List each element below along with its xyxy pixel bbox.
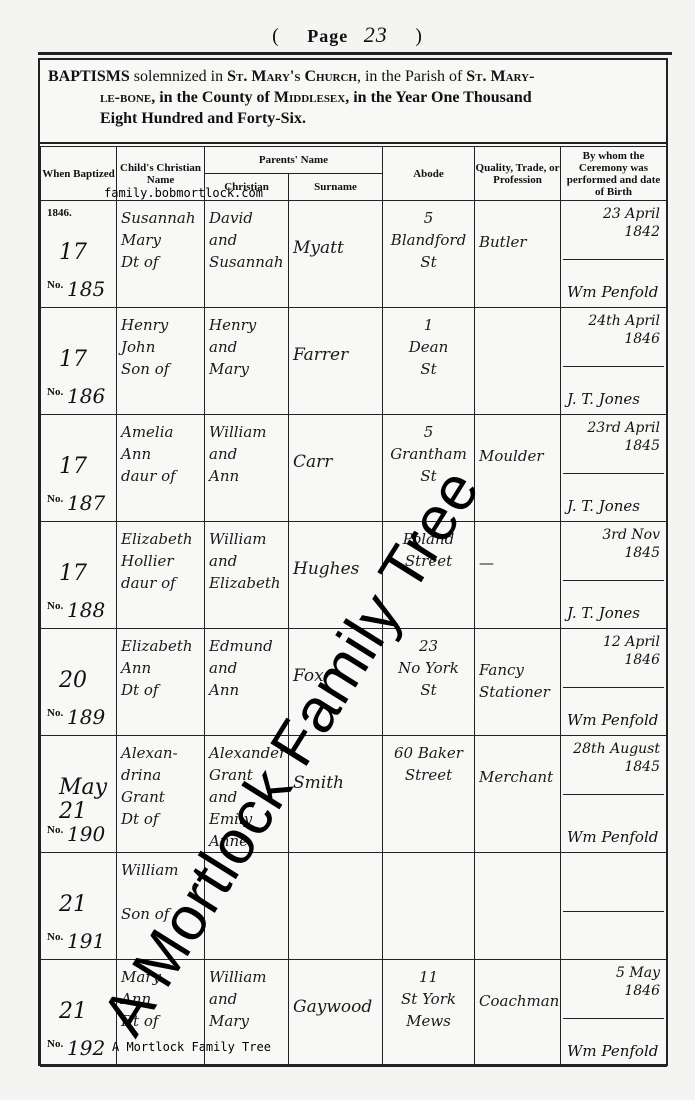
ceremony-birth-cell: 5 May 1846Wm Penfold xyxy=(561,960,667,1067)
date-of-birth: 23rd April 1845 xyxy=(567,419,660,455)
when-baptized-cell: 17No.188 xyxy=(41,522,117,629)
register-entry: 17No.186Henry John Son ofHenry and MaryF… xyxy=(41,308,667,415)
year-label: 1846. xyxy=(47,207,72,219)
entry-number: 189 xyxy=(67,705,105,729)
register-entry: 21No.191William Son of xyxy=(41,853,667,960)
minister-signature: Wm Penfold xyxy=(567,711,658,729)
entry-no-label: No. xyxy=(47,1038,63,1050)
register-title: BAPTISMS solemnized in St. Mary's Church… xyxy=(40,60,666,144)
baptism-date: 17 xyxy=(59,562,87,586)
cell-divider xyxy=(563,580,664,581)
date-of-birth: 24th April 1846 xyxy=(567,312,660,348)
abode: Poland Street xyxy=(383,522,474,572)
entry-number: 186 xyxy=(67,384,105,408)
quality-trade: Coachman xyxy=(475,960,560,1012)
when-baptized-cell: 20No.189 xyxy=(41,629,117,736)
parent-surname: Hughes xyxy=(289,522,382,580)
minister-signature: Wm Penfold xyxy=(567,1042,658,1060)
entry-no-label: No. xyxy=(47,824,63,836)
minister-signature: J. T. Jones xyxy=(567,497,640,515)
header-abode: Abode xyxy=(383,147,475,201)
page-heading: ( Page 23 ) xyxy=(0,22,695,48)
minister-signature: Wm Penfold xyxy=(567,283,658,301)
cell-divider xyxy=(563,473,664,474)
when-baptized-cell: 17No.186 xyxy=(41,308,117,415)
when-baptized-cell: 17No.187 xyxy=(41,415,117,522)
quality-trade: Merchant xyxy=(475,736,560,788)
quality-trade xyxy=(475,308,560,338)
parent-christian-names xyxy=(205,853,288,859)
child-name: Elizabeth Hollier daur of xyxy=(117,522,204,594)
minister-signature: J. T. Jones xyxy=(567,390,640,408)
date-of-birth: 5 May 1846 xyxy=(567,964,660,1000)
entry-no-label: No. xyxy=(47,493,63,505)
parent-surname: Carr xyxy=(289,415,382,473)
baptism-date: 17 xyxy=(59,348,87,372)
quality-trade: — xyxy=(475,522,560,574)
entry-number: 190 xyxy=(67,822,105,846)
date-of-birth: 23 April 1842 xyxy=(567,205,660,241)
header-by-whom: By whom the Ceremony was performed and d… xyxy=(561,147,667,201)
entry-no-label: No. xyxy=(47,279,63,291)
cell-divider xyxy=(563,794,664,795)
child-name: Mary Ann Dt of xyxy=(117,960,204,1032)
baptism-date: 20 xyxy=(59,669,87,693)
abode: 60 Baker Street xyxy=(383,736,474,786)
child-name: Henry John Son of xyxy=(117,308,204,380)
child-name: Susannah Mary Dt of xyxy=(117,201,204,273)
ceremony-birth-cell: 3rd Nov 1845J. T. Jones xyxy=(561,522,667,629)
top-rule xyxy=(38,52,672,55)
baptism-date: 17 xyxy=(59,455,87,479)
parent-surname: Fox xyxy=(289,629,382,687)
entry-number: 185 xyxy=(67,277,105,301)
baptism-date: 21 xyxy=(59,893,87,917)
url-watermark: family.bobmortlock.com xyxy=(104,186,263,200)
when-baptized-cell: May 21No.190 xyxy=(41,736,117,853)
register-entry: 17No.187Amelia Ann daur ofWilliam and An… xyxy=(41,415,667,522)
ceremony-birth-cell: 23rd April 1845J. T. Jones xyxy=(561,415,667,522)
cell-divider xyxy=(563,1018,664,1019)
register-entry: May 21No.190Alexan- drina Grant Dt ofAle… xyxy=(41,736,667,853)
parent-surname: Smith xyxy=(289,736,382,794)
ceremony-birth-cell: 24th April 1846J. T. Jones xyxy=(561,308,667,415)
abode: 1 Dean St xyxy=(383,308,474,380)
when-baptized-cell: 21No.192 xyxy=(41,960,117,1067)
abode: 11 St York Mews xyxy=(383,960,474,1032)
header-quality: Quality, Trade, or Profession xyxy=(475,147,561,201)
minister-signature: J. T. Jones xyxy=(567,604,640,622)
cell-divider xyxy=(563,687,664,688)
entry-no-label: No. xyxy=(47,386,63,398)
cell-divider xyxy=(563,911,664,912)
abode: 23 No York St xyxy=(383,629,474,701)
entry-number: 187 xyxy=(67,491,105,515)
footer-watermark: A Mortlock Family Tree xyxy=(112,1040,271,1054)
entry-number: 191 xyxy=(67,929,105,953)
parent-christian-names: William and Ann xyxy=(205,415,288,487)
parent-christian-names: David and Susannah xyxy=(205,201,288,273)
abode xyxy=(383,853,474,859)
abode: 5 Blandford St xyxy=(383,201,474,273)
parent-surname xyxy=(289,853,382,889)
header-parent-surname: Surname xyxy=(289,174,383,201)
register-entry: 20No.189Elizabeth Ann Dt ofEdmund and An… xyxy=(41,629,667,736)
baptism-date: 21 xyxy=(59,1000,87,1024)
child-name: Elizabeth Ann Dt of xyxy=(117,629,204,701)
header-parents-name: Parents' Name xyxy=(205,147,383,174)
child-name: Alexan- drina Grant Dt of xyxy=(117,736,204,830)
page-number: 23 xyxy=(364,22,388,47)
register-table: When Baptized Child's Christian Name Par… xyxy=(40,146,667,1067)
date-of-birth: 12 April 1846 xyxy=(567,633,660,669)
register-entry: 1846.17No.185Susannah Mary Dt ofDavid an… xyxy=(41,201,667,308)
child-name: William Son of xyxy=(117,853,204,925)
ceremony-birth-cell: 23 April 1842Wm Penfold xyxy=(561,201,667,308)
ceremony-birth-cell: 28th August 1845Wm Penfold xyxy=(561,736,667,853)
date-of-birth: 28th August 1845 xyxy=(567,740,660,776)
parent-christian-names: William and Mary xyxy=(205,960,288,1032)
parent-surname: Gaywood xyxy=(289,960,382,1018)
ceremony-birth-cell: 12 April 1846Wm Penfold xyxy=(561,629,667,736)
entry-number: 188 xyxy=(67,598,105,622)
parent-christian-names: Henry and Mary xyxy=(205,308,288,380)
minister-signature: Wm Penfold xyxy=(567,828,658,846)
cell-divider xyxy=(563,366,664,367)
date-of-birth: 3rd Nov 1845 xyxy=(567,526,660,562)
parent-surname: Farrer xyxy=(289,308,382,366)
baptism-date: May 21 xyxy=(59,776,107,824)
child-name: Amelia Ann daur of xyxy=(117,415,204,487)
baptism-register: BAPTISMS solemnized in St. Mary's Church… xyxy=(38,58,668,1066)
baptism-date: 17 xyxy=(59,241,87,265)
page-label: Page xyxy=(307,26,348,46)
parent-christian-names: William and Elizabeth xyxy=(205,522,288,594)
ceremony-birth-cell xyxy=(561,853,667,960)
entry-no-label: No. xyxy=(47,931,63,943)
quality-trade: Fancy Stationer xyxy=(475,629,560,703)
parent-surname: Myatt xyxy=(289,201,382,259)
entry-number: 192 xyxy=(67,1036,105,1060)
quality-trade: Moulder xyxy=(475,415,560,467)
entry-no-label: No. xyxy=(47,707,63,719)
parent-christian-names: Edmund and Ann xyxy=(205,629,288,701)
quality-trade xyxy=(475,853,560,883)
abode: 5 Grantham St xyxy=(383,415,474,487)
register-entry: 17No.188Elizabeth Hollier daur ofWilliam… xyxy=(41,522,667,629)
when-baptized-cell: 1846.17No.185 xyxy=(41,201,117,308)
entry-no-label: No. xyxy=(47,600,63,612)
quality-trade: Butler xyxy=(475,201,560,253)
when-baptized-cell: 21No.191 xyxy=(41,853,117,960)
cell-divider xyxy=(563,259,664,260)
parent-christian-names: Alexander Grant and Emily Anne xyxy=(205,736,288,852)
